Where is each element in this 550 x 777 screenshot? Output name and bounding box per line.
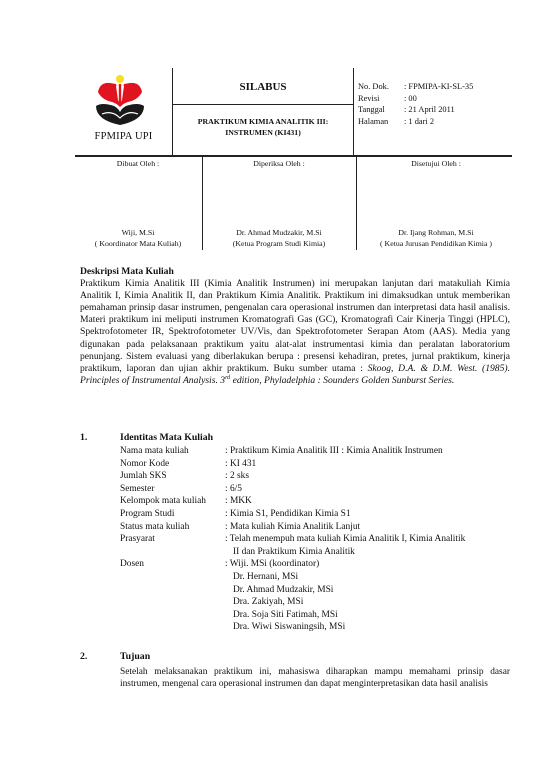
- identity-row: Nomor Kode: KI 431: [120, 458, 515, 471]
- meta-row: Tanggal: 21 April 2011: [358, 104, 518, 116]
- meta-label: Revisi: [358, 93, 404, 105]
- meta-label: Halaman: [358, 116, 404, 128]
- lecturer: Dr. Hernani, MSi: [225, 571, 515, 584]
- identity-value: : 2 sks: [225, 470, 515, 483]
- prerequisite-line1: : Telah menempuh mata kuliah Kimia Anali…: [225, 534, 465, 544]
- meta-label: Tanggal: [358, 104, 404, 116]
- header-divider: [353, 68, 354, 155]
- description-section: Deskripsi Mata Kuliah Praktikum Kimia An…: [80, 266, 510, 387]
- signature-role: Dibuat Oleh :: [75, 159, 201, 168]
- identity-row: Kelompok mata kuliah: MKK: [120, 495, 515, 508]
- prerequisite-line2: II dan Praktikum Kimia Analitik: [225, 546, 515, 559]
- meta-row: Revisi: 00: [358, 93, 518, 105]
- logo-cell: FPMIPA UPI: [75, 68, 172, 155]
- course-title: PRAKTIKUM KIMIA ANALITIK III: INSTRUMEN …: [173, 116, 353, 138]
- identity-row: Prasyarat: Telah menempuh mata kuliah Ki…: [120, 533, 515, 558]
- logo-text: FPMIPA UPI: [75, 131, 172, 142]
- doc-type-title: SILABUS: [173, 81, 353, 93]
- meta-row: Halaman: 1 dari 2: [358, 116, 518, 128]
- identity-label: Kelompok mata kuliah: [120, 495, 225, 508]
- description-body: Praktikum Kimia Analitik III (Kimia Anal…: [80, 278, 510, 374]
- section1-number: 1.: [80, 432, 87, 443]
- section1-title: Identitas Mata Kuliah: [120, 432, 213, 443]
- signature-role: Disetujui Oleh :: [357, 159, 515, 168]
- lecturer-coordinator: : Wiji. MSi (koordinator): [225, 558, 515, 571]
- identity-value: : Mata kuliah Kimia Analitik Lanjut: [225, 521, 515, 534]
- identity-value: : Telah menempuh mata kuliah Kimia Anali…: [225, 533, 515, 558]
- identity-row: Status mata kuliah: Mata kuliah Kimia An…: [120, 521, 515, 534]
- meta-value: : 21 April 2011: [404, 104, 455, 116]
- meta-label: No. Dok.: [358, 81, 404, 93]
- title-cell: SILABUS PRAKTIKUM KIMIA ANALITIK III: IN…: [173, 68, 353, 155]
- title-divider: [173, 104, 353, 105]
- identity-row: Nama mata kuliah: Praktikum Kimia Analit…: [120, 445, 515, 458]
- identity-label: Jumlah SKS: [120, 470, 225, 483]
- document-header: FPMIPA UPI SILABUS PRAKTIKUM KIMIA ANALI…: [75, 68, 512, 155]
- signature-name: Dr. Ahmad Mudzakir, M.Si: [203, 228, 355, 237]
- signature-made-by: Dibuat Oleh : Wiji, M.Si ( Koordinator M…: [75, 157, 201, 250]
- identity-value: : MKK: [225, 495, 515, 508]
- course-title-line1: PRAKTIKUM KIMIA ANALITIK III:: [173, 116, 353, 127]
- identity-label: Program Studi: [120, 508, 225, 521]
- identity-row: Dosen: Wiji. MSi (koordinator)Dr. Hernan…: [120, 558, 515, 634]
- reference-part2: edition, Phyladelphia : Sounders Golden …: [230, 375, 454, 386]
- identity-label: Status mata kuliah: [120, 521, 225, 534]
- signature-role: Diperiksa Oleh :: [203, 159, 355, 168]
- section2-title: Tujuan: [120, 651, 150, 662]
- description-title: Deskripsi Mata Kuliah: [80, 266, 510, 278]
- signature-position: ( Ketua Jurusan Pendidikan Kimia ): [357, 239, 515, 248]
- identity-row: Semester: 6/5: [120, 483, 515, 496]
- identity-value: : KI 431: [225, 458, 515, 471]
- meta-row: No. Dok.: FPMIPA-KI-SL-35: [358, 81, 518, 93]
- identity-label: Dosen: [120, 558, 225, 634]
- identity-label: Nama mata kuliah: [120, 445, 225, 458]
- identity-value: : Kimia S1, Pendidikan Kimia S1: [225, 508, 515, 521]
- signature-position: ( Koordinator Mata Kuliah): [75, 239, 201, 248]
- signature-table: Dibuat Oleh : Wiji, M.Si ( Koordinator M…: [75, 157, 512, 250]
- lecturer: Dra. Soja Siti Fatimah, MSi: [225, 609, 515, 622]
- meta-value: : 00: [404, 93, 417, 105]
- description-text: Praktikum Kimia Analitik III (Kimia Anal…: [80, 278, 510, 387]
- identity-value: : 6/5: [225, 483, 515, 496]
- section2-number: 2.: [80, 651, 87, 662]
- identity-label: Semester: [120, 483, 225, 496]
- lecturer-list: : Wiji. MSi (koordinator)Dr. Hernani, MS…: [225, 558, 515, 634]
- course-title-line2: INSTRUMEN (KI431): [173, 127, 353, 138]
- signature-approved-by: Disetujui Oleh : Dr. Ijang Rohman, M.Si …: [357, 157, 515, 250]
- identity-label: Prasyarat: [120, 533, 225, 558]
- meta-value: : 1 dari 2: [404, 116, 434, 128]
- document-meta: No. Dok.: FPMIPA-KI-SL-35 Revisi: 00 Tan…: [358, 81, 518, 127]
- lecturer: Dra. Wiwi Siswaningsih, MSi: [225, 621, 515, 634]
- identity-row: Program Studi: Kimia S1, Pendidikan Kimi…: [120, 508, 515, 521]
- lecturer: Dr. Ahmad Mudzakir, MSi: [225, 584, 515, 597]
- identity-value: : Praktikum Kimia Analitik III : Kimia A…: [225, 445, 515, 458]
- section2-text: Setelah melaksanakan praktikum ini, maha…: [120, 666, 510, 691]
- lecturer: Dra. Zakiyah, MSi: [225, 596, 515, 609]
- meta-value: : FPMIPA-KI-SL-35: [404, 81, 473, 93]
- document-page: FPMIPA UPI SILABUS PRAKTIKUM KIMIA ANALI…: [0, 0, 550, 777]
- signature-checked-by: Diperiksa Oleh : Dr. Ahmad Mudzakir, M.S…: [203, 157, 355, 250]
- identity-label: Nomor Kode: [120, 458, 225, 471]
- signature-name: Dr. Ijang Rohman, M.Si: [357, 228, 515, 237]
- identity-row: Jumlah SKS: 2 sks: [120, 470, 515, 483]
- signature-name: Wiji, M.Si: [75, 228, 201, 237]
- upi-logo-icon: [92, 74, 148, 126]
- identity-table: Nama mata kuliah: Praktikum Kimia Analit…: [120, 445, 515, 634]
- signature-position: (Ketua Program Studi Kimia): [203, 239, 355, 248]
